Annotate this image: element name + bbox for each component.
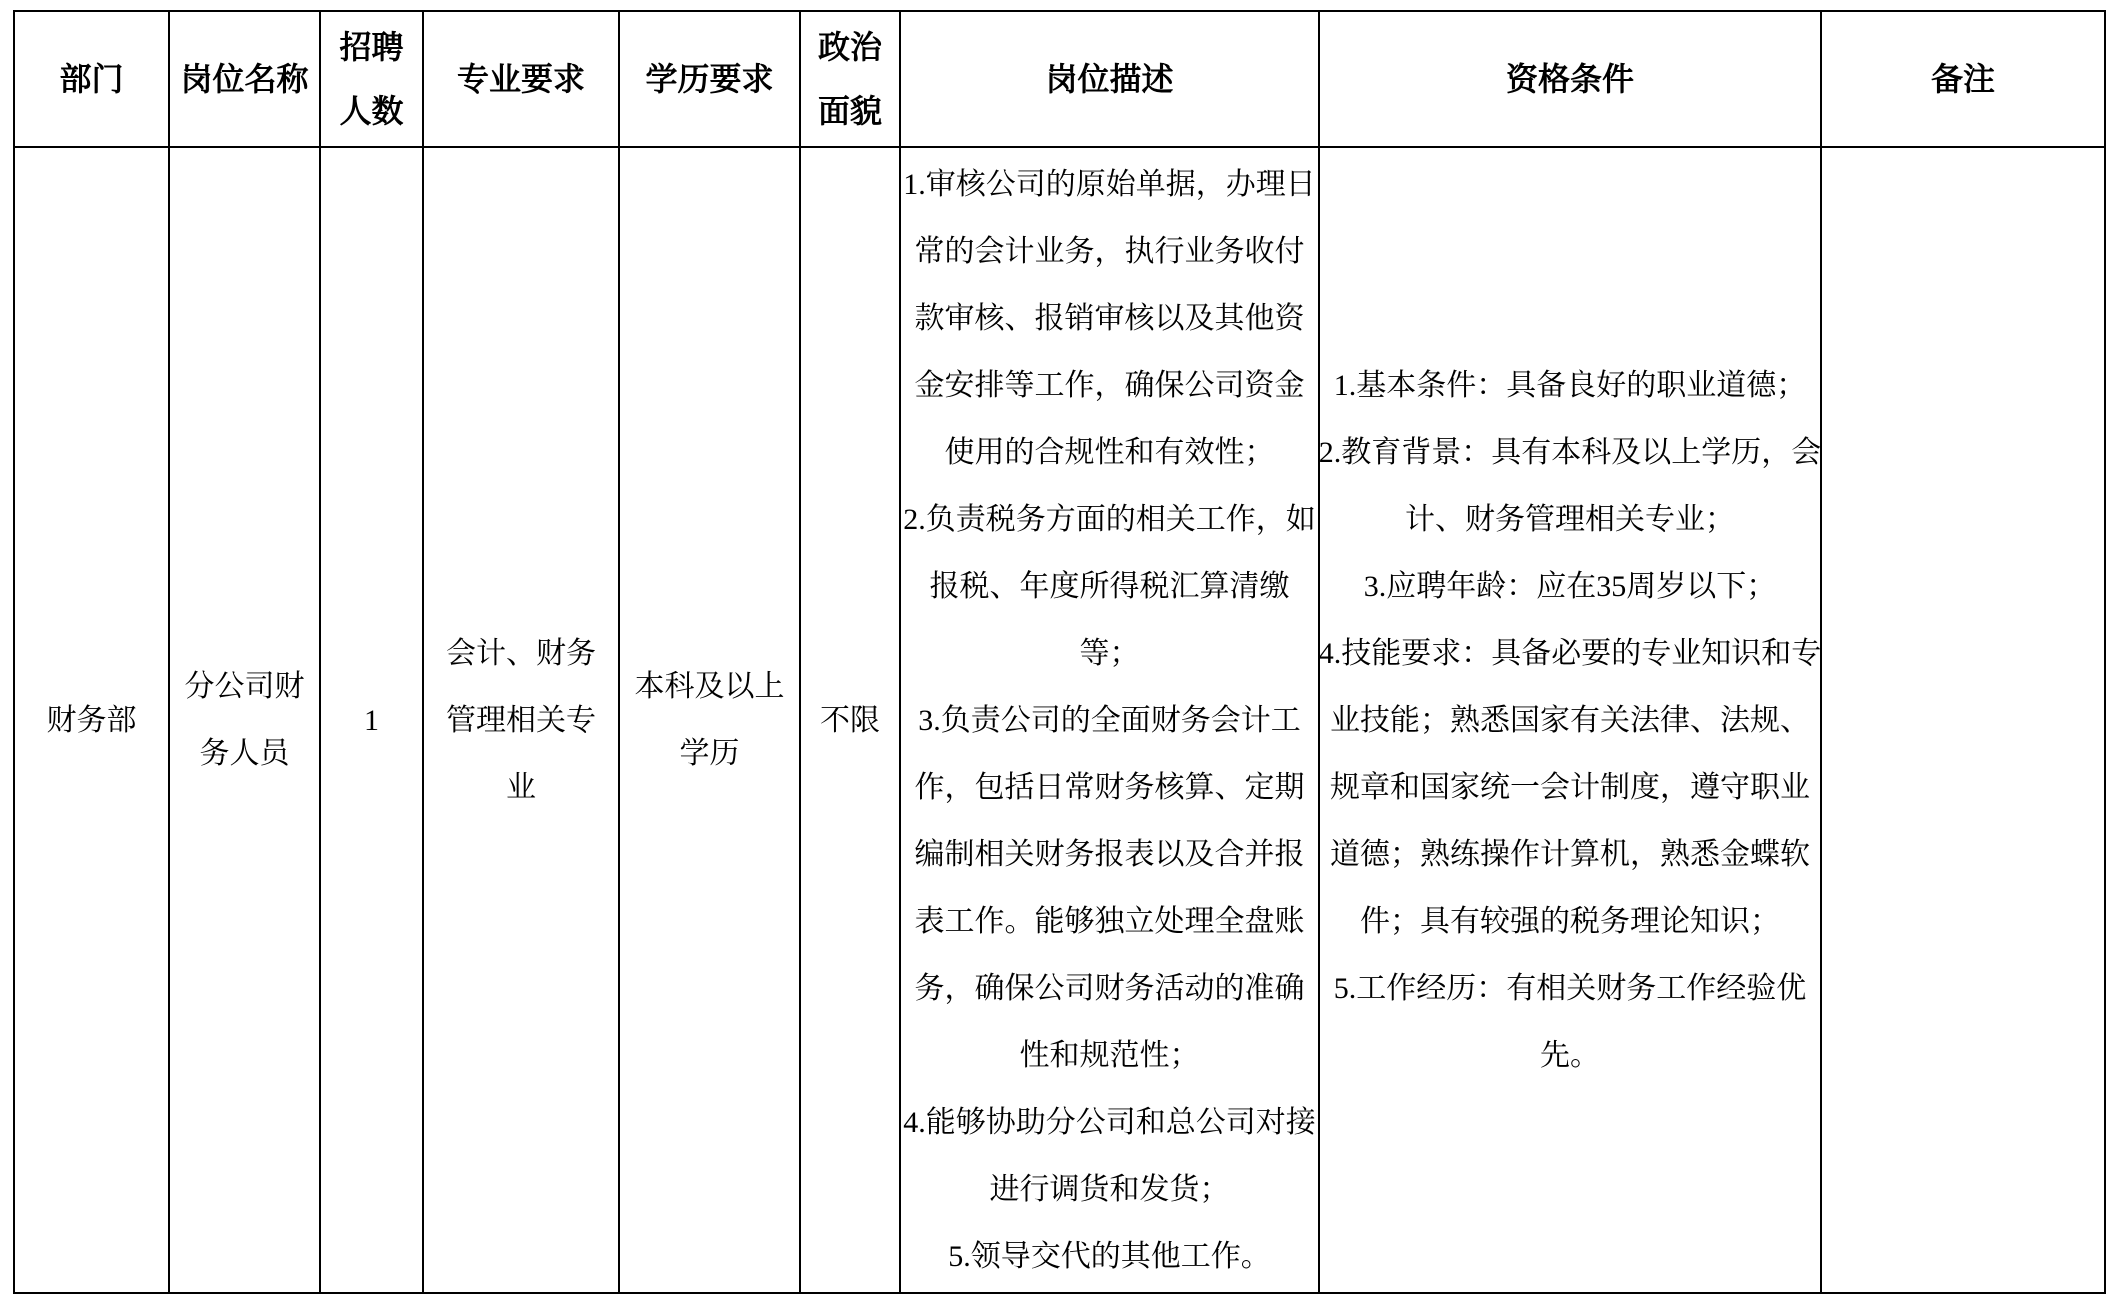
header-remarks: 备注 xyxy=(1822,12,2104,148)
qualification-item-4: 4.技能要求：具备必要的专业知识和专 业技能；熟悉国家有关法律、法规、 规章和国… xyxy=(1320,620,1821,955)
header-qualifications: 资格条件 xyxy=(1320,12,1822,148)
qualification-item-5: 5.工作经历：有相关财务工作经验优 先。 xyxy=(1334,955,1807,1089)
recruitment-table: 部门 岗位名称 招聘 人数 专业要求 学历要求 政治 面貌 岗位描述 资格条件 … xyxy=(13,10,2106,1294)
header-recruit-count: 招聘 人数 xyxy=(321,12,424,148)
job-description-item-1: 1.审核公司的原始单据，办理日 常的会计业务，执行业务收付 款审核、报销审核以及… xyxy=(903,151,1316,486)
cell-position-name: 分公司财 务人员 xyxy=(170,148,321,1292)
qualification-item-3: 3.应聘年龄：应在35周岁以下； xyxy=(1364,553,1777,620)
header-department: 部门 xyxy=(15,12,170,148)
cell-remarks xyxy=(1822,148,2104,1292)
header-education-requirement: 学历要求 xyxy=(620,12,801,148)
header-major-requirement: 专业要求 xyxy=(424,12,620,148)
header-job-description: 岗位描述 xyxy=(901,12,1320,148)
cell-political-status: 不限 xyxy=(801,148,901,1292)
qualification-item-1: 1.基本条件：具备良好的职业道德； xyxy=(1334,352,1807,419)
job-description-item-5: 5.领导交代的其他工作。 xyxy=(948,1223,1271,1290)
job-description-item-2: 2.负责税务方面的相关工作，如 报税、年度所得税汇算清缴 等； xyxy=(903,486,1316,687)
qualification-item-2: 2.教育背景：具有本科及以上学历，会 计、财务管理相关专业； xyxy=(1320,419,1821,553)
job-description-item-4: 4.能够协助分公司和总公司对接 进行调货和发货； xyxy=(903,1089,1316,1223)
header-position-name: 岗位名称 xyxy=(170,12,321,148)
cell-department: 财务部 xyxy=(15,148,170,1292)
header-political-status: 政治 面貌 xyxy=(801,12,901,148)
document-page: 部门 岗位名称 招聘 人数 专业要求 学历要求 政治 面貌 岗位描述 资格条件 … xyxy=(0,0,2116,1301)
cell-qualifications: 1.基本条件：具备良好的职业道德； 2.教育背景：具有本科及以上学历，会 计、财… xyxy=(1320,148,1822,1292)
cell-major-requirement: 会计、财务 管理相关专 业 xyxy=(424,148,620,1292)
cell-recruit-count: 1 xyxy=(321,148,424,1292)
job-description-item-3: 3.负责公司的全面财务会计工 作，包括日常财务核算、定期 编制相关财务报表以及合… xyxy=(915,687,1305,1089)
cell-job-description: 1.审核公司的原始单据，办理日 常的会计业务，执行业务收付 款审核、报销审核以及… xyxy=(901,148,1320,1292)
cell-education-requirement: 本科及以上 学历 xyxy=(620,148,801,1292)
